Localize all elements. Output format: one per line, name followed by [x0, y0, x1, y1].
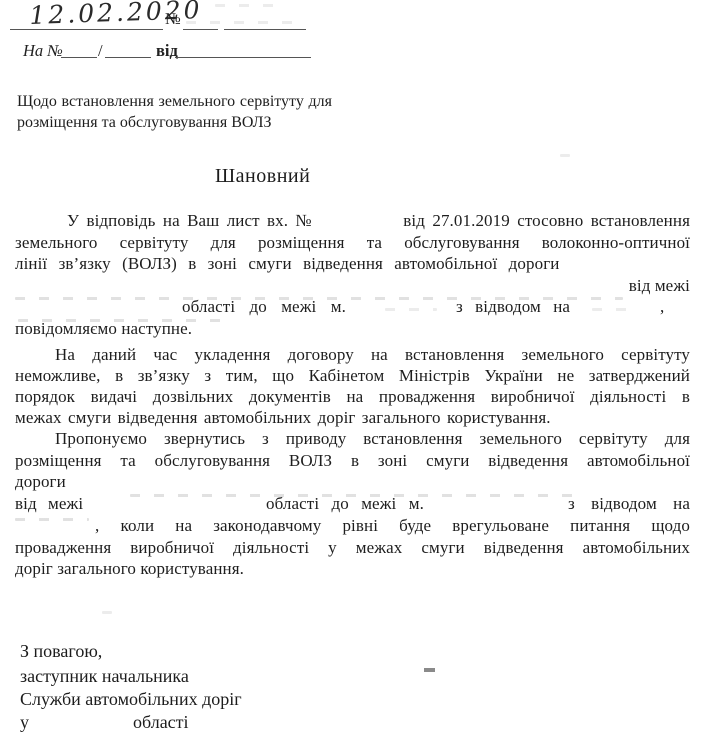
body-p3-line7: доріг загального користування. — [15, 558, 690, 579]
date-underline — [10, 29, 163, 30]
p1-line1-right: від 27.01.2019 стосовно встановлення — [403, 210, 690, 231]
doc-number-underline-2 — [224, 29, 306, 30]
scan-speck — [424, 668, 435, 672]
redaction-artifact — [385, 308, 437, 311]
body-p1-line3: лінії зв’язку (ВОЛЗ) в зоні смуги відвед… — [15, 253, 690, 274]
scanned-letter-page: 12.02.2020 № На № / від Щодо встановленн… — [0, 0, 701, 750]
p1-line1-left: У відповідь на Ваш лист вх. № — [67, 210, 312, 231]
body-p2-line2: неможливе, в зв’язку з тим, що Кабінетом… — [15, 365, 690, 386]
redaction-artifact — [215, 4, 287, 7]
scan-speck — [102, 611, 112, 614]
doc-number-underline-1 — [183, 29, 218, 30]
redaction-artifact — [18, 319, 230, 322]
redaction-artifact — [15, 297, 623, 300]
body-p1-line2: земельного сервітуту для розміщення та о… — [15, 232, 690, 253]
body-p1-line1: У відповідь на Ваш лист вх. № від 27.01.… — [15, 210, 690, 231]
signature-region-line: у області — [20, 712, 420, 733]
signature-organization: Служби автомобільних доріг — [20, 689, 420, 710]
body-p2-line4: межах смуги відведення автомобільних дор… — [15, 407, 690, 428]
reply-ref-label: На № — [23, 41, 63, 61]
salutation: Шановний — [215, 165, 310, 188]
reply-number-underline-2 — [105, 57, 151, 58]
p3-line5-comma: , — [95, 516, 99, 535]
signature-region-word: області — [133, 712, 189, 733]
subject-line-2: розміщення та обслуговування ВОЛЗ — [17, 112, 332, 133]
body-p1-line4: від межі — [15, 275, 690, 296]
scan-speck — [560, 154, 570, 157]
reply-ref-slash: / — [98, 41, 103, 61]
body-p3-line2: розміщення та обслуговування ВОЛЗ в зоні… — [15, 450, 690, 471]
body-p3-line5: , коли на законодавчому рівні буде врегу… — [15, 515, 690, 536]
signature-position: заступник начальника — [20, 666, 420, 687]
reply-date-label: від — [156, 41, 178, 61]
body-p3-line1: Пропонуємо звернутись з приводу встановл… — [15, 428, 690, 449]
redaction-artifact — [130, 494, 578, 497]
redaction-artifact — [15, 518, 89, 521]
body-p3-line6: провадження виробничої діяльності у межа… — [15, 537, 690, 558]
p3-line5-text: коли на законодавчому рівні буде врегуль… — [120, 516, 690, 535]
p1-line5-comma: , — [660, 296, 664, 317]
signature-closing: З повагою, — [20, 641, 420, 662]
body-p2-line3: порядок видачі дозвільних документів на … — [15, 386, 690, 407]
subject-line-1: Щодо встановлення земельного сервітуту д… — [17, 91, 332, 112]
p3-line4-seg1: від межі — [15, 493, 83, 514]
number-sign: № — [165, 9, 181, 29]
redaction-artifact — [186, 21, 298, 24]
body-p2-line1: На даний час укладення договору на встан… — [15, 344, 690, 365]
reply-date-underline — [175, 57, 311, 58]
subject-block: Щодо встановлення земельного сервітуту д… — [17, 91, 332, 133]
p3-line4-seg3: з відводом на — [568, 493, 690, 514]
reply-number-underline-1 — [61, 57, 97, 58]
body-p3-line3: дороги — [15, 471, 690, 492]
signature-region-prefix: у — [20, 712, 29, 732]
redaction-artifact — [592, 308, 640, 311]
